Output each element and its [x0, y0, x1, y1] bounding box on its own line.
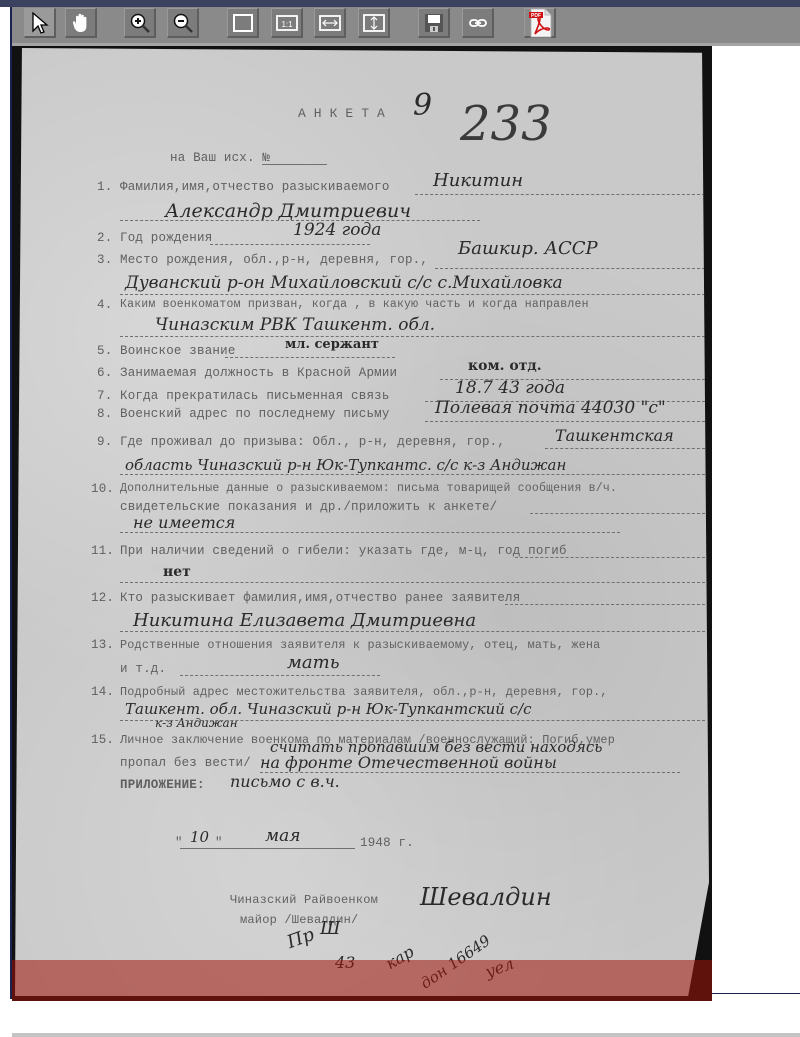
field-10-label-cont: свидетельские показания и др./приложить …: [120, 500, 497, 514]
field-7-label: Когда прекратилась письменная связь: [120, 389, 390, 403]
field-12-number: 12.: [91, 591, 114, 605]
field-15-label-cont: пропал без вести/: [120, 756, 251, 770]
questionnaire-form: АНКЕТА 9 233 на Ваш исх. № 1. Фамилия,им…: [15, 48, 709, 996]
field-13-label: Родственные отношения заявителя к разыск…: [120, 638, 600, 652]
fit-height-button[interactable]: [358, 8, 390, 38]
link-button[interactable]: [462, 8, 494, 38]
field-9-number: 9.: [97, 435, 112, 449]
save-button[interactable]: [418, 8, 450, 38]
field-14-value-cont: к-з Андижан: [155, 716, 238, 730]
date-year: 1948 г.: [360, 836, 414, 850]
hand-icon: [70, 12, 92, 34]
field-2-number: 2.: [97, 231, 112, 245]
field-6-number: 6.: [97, 366, 112, 380]
field-13-label-cont: и т.д.: [120, 662, 166, 676]
actual-size-icon: 1:1: [275, 12, 299, 34]
field-5-value: мл. сержант: [285, 337, 379, 352]
field-6-value: ком. отд.: [468, 358, 542, 374]
fit-page-button[interactable]: [227, 8, 259, 38]
field-1-number: 1.: [97, 180, 112, 194]
field-4-value: Чиназским РВК Ташкент. обл.: [155, 315, 435, 335]
scanned-document-page: АНКЕТА 9 233 на Ваш исх. № 1. Фамилия,им…: [15, 48, 709, 996]
field-11-label: При наличии сведений о гибели: указать г…: [120, 544, 567, 558]
document-viewer[interactable]: АНКЕТА 9 233 на Ваш исх. № 1. Фамилия,им…: [12, 46, 712, 1001]
field-14-label: Подробный адрес местожительства заявител…: [120, 685, 608, 699]
field-2-label: Год рождения: [120, 231, 212, 245]
field-13-value: мать: [287, 652, 340, 673]
field-3-value: Башкир. АССР: [458, 238, 598, 259]
frame-bottom-line: [712, 993, 800, 994]
field-5-number: 5.: [97, 344, 112, 358]
horizontal-scrollbar[interactable]: [12, 1033, 800, 1037]
field-3-number: 3.: [97, 253, 112, 267]
date-day: 10: [190, 828, 209, 846]
field-2-value: 1924 года: [293, 220, 381, 240]
svg-text:1:1: 1:1: [281, 20, 293, 29]
field-12-label: Кто разыскивает фамилия,имя,отчество ран…: [120, 591, 520, 605]
pdf-export-button[interactable]: PDF: [524, 8, 556, 38]
window-top-bar: [0, 0, 800, 7]
arrow-cursor-icon: [30, 11, 50, 35]
field-10-number: 10.: [91, 482, 114, 496]
field-6-label: Занимаемая должность в Красной Армии: [120, 366, 397, 380]
selection-overlay: [12, 960, 712, 1001]
field-15-value-cont: на фронте Отечественной войны: [260, 753, 557, 772]
pdf-icon: PDF: [528, 8, 552, 38]
zoom-out-button[interactable]: [167, 8, 199, 38]
field-7-number: 7.: [97, 389, 112, 403]
actual-size-button[interactable]: 1:1: [271, 8, 303, 38]
handwritten-note-1: Пр: [284, 924, 317, 953]
field-8-value: Полевая почта 44030 "с": [435, 398, 666, 418]
field-4-number: 4.: [97, 298, 112, 312]
zoom-in-button[interactable]: [124, 8, 156, 38]
field-3-label: Место рождения, обл.,р-н, деревня, гор.,: [120, 253, 428, 267]
fit-width-icon: [318, 12, 342, 34]
handwritten-number-233: 233: [460, 96, 552, 152]
link-icon: [467, 16, 489, 30]
select-tool-button[interactable]: [24, 8, 56, 38]
attachments-label: ПРИЛОЖЕНИЕ:: [120, 778, 205, 792]
field-1-value: Никитин: [433, 170, 523, 191]
attachments-value: письмо с в.ч.: [230, 772, 340, 791]
field-9-value-cont: область Чиназский р-н Юк-Тупкантс. с/с к…: [125, 456, 566, 474]
field-15-number: 15.: [91, 733, 114, 747]
floppy-disk-icon: [422, 11, 446, 35]
field-8-label: Военский адрес по последнему письму: [120, 407, 390, 421]
field-10-value: не имеется: [133, 513, 235, 532]
signature: Шевалдин: [420, 883, 552, 911]
viewer-toolbar: 1:1 PDF: [12, 7, 800, 46]
zoom-out-icon: [171, 11, 195, 35]
document-title: АНКЕТА: [298, 106, 393, 121]
fit-page-icon: [231, 12, 255, 34]
field-1-label: Фамилия,имя,отчество разыскиваемого: [120, 180, 390, 194]
date-month: мая: [265, 826, 301, 846]
pan-tool-button[interactable]: [65, 8, 97, 38]
fit-height-icon: [362, 12, 386, 34]
ref-line: на Ваш исх. №: [170, 151, 270, 165]
field-14-number: 14.: [91, 685, 114, 699]
field-8-number: 8.: [97, 407, 112, 421]
field-9-value: Ташкентская: [555, 426, 674, 445]
handwritten-note-2: Ш: [320, 918, 341, 939]
field-3-value-cont: Дуванский р-он Михайловский с/с с.Михайл…: [125, 273, 563, 293]
field-11-value: нет: [163, 564, 191, 580]
field-11-number: 11.: [91, 544, 114, 558]
field-5-label: Воинское звание: [120, 344, 236, 358]
zoom-in-icon: [128, 11, 152, 35]
field-9-label: Где проживал до призыва: Обл., р-н, дере…: [120, 435, 505, 449]
field-10-label: Дополнительные данные о разыскиваемом: п…: [120, 482, 617, 495]
field-12-value: Никитина Елизавета Дмитриевна: [133, 610, 476, 631]
handwritten-number-9: 9: [413, 88, 432, 123]
signatory-line-1: Чиназский Райвоенком: [230, 893, 378, 907]
fit-width-button[interactable]: [314, 8, 346, 38]
field-1-value-cont: Александр Дмитриевич: [165, 200, 411, 222]
field-7-value: 18.7 43 года: [455, 378, 565, 398]
field-4-label: Каким военкоматом призван, когда , в как…: [120, 298, 589, 311]
field-13-number: 13.: [91, 638, 114, 652]
